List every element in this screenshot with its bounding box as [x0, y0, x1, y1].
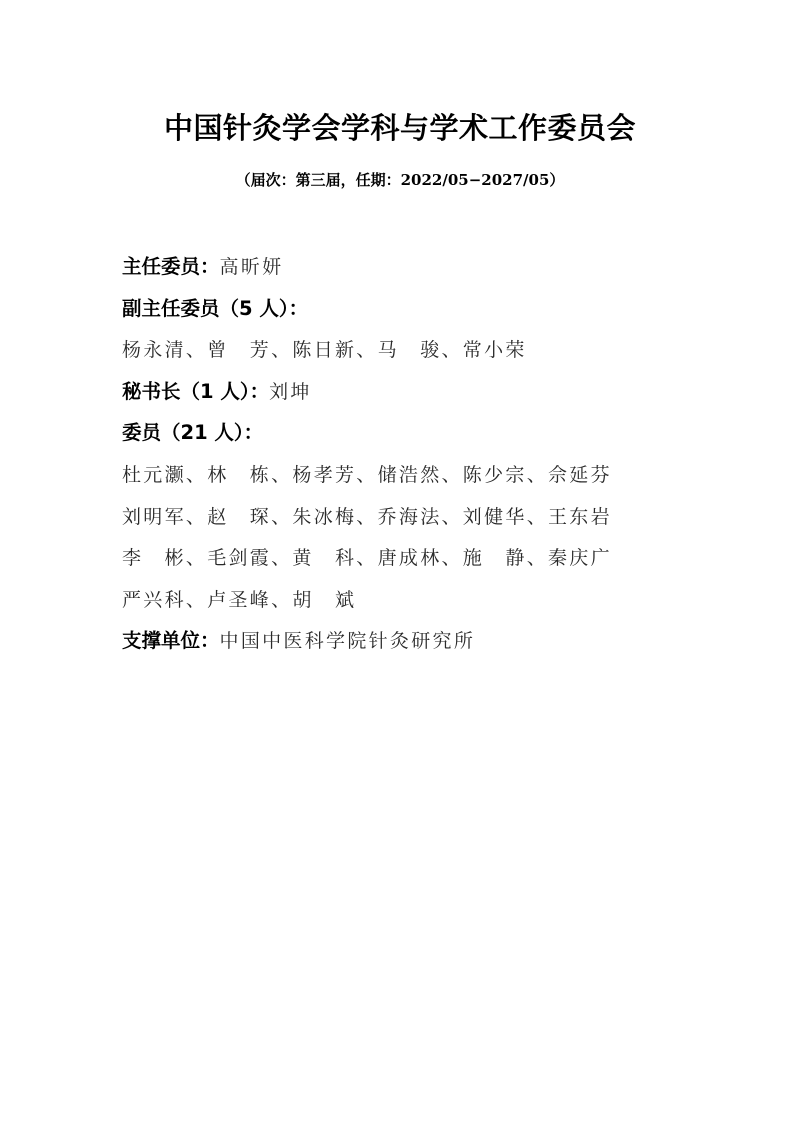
members-names-line-3: 李 彬、毛剑霞、黄 科、唐成林、施 静、秦庆广 [122, 541, 642, 583]
director-label: 主任委员： [122, 255, 220, 278]
supporting-unit-value: 中国中医科学院针灸研究所 [220, 630, 476, 652]
document-page: 中国针灸学会学科与学术工作委员会 （届次：第三届，任期：2022/05−2027… [0, 0, 800, 1131]
members-heading: 委员（21 人）： [122, 416, 642, 458]
secretary-general-label: 秘书长（1 人）： [122, 380, 269, 403]
secretary-general-value: 刘坤 [269, 381, 312, 403]
supporting-unit-label: 支撑单位： [122, 629, 220, 652]
members-names-line-4: 严兴科、卢圣峰、胡 斌 [122, 583, 642, 625]
document-title: 中国针灸学会学科与学术工作委员会 [0, 108, 800, 148]
document-body: 主任委员：高昕妍 副主任委员（5 人）： 杨永清、曾 芳、陈日新、马 骏、常小荣… [122, 250, 642, 666]
director-line: 主任委员：高昕妍 [122, 250, 642, 292]
members-names-line-1: 杜元灏、林 栋、杨孝芳、储浩然、陈少宗、佘延芬 [122, 458, 642, 500]
vice-directors-names: 杨永清、曾 芳、陈日新、马 骏、常小荣 [122, 333, 642, 375]
vice-directors-label: 副主任委员（5 人）： [122, 297, 308, 320]
document-subtitle: （届次：第三届，任期：2022/05−2027/05） [0, 169, 800, 191]
supporting-unit-line: 支撑单位：中国中医科学院针灸研究所 [122, 624, 642, 666]
members-label: 委员（21 人）： [122, 421, 263, 444]
secretary-general-line: 秘书长（1 人）：刘坤 [122, 375, 642, 417]
director-value: 高昕妍 [220, 256, 284, 278]
members-names-line-2: 刘明军、赵 琛、朱冰梅、乔海法、刘健华、王东岩 [122, 500, 642, 542]
vice-directors-heading: 副主任委员（5 人）： [122, 292, 642, 334]
